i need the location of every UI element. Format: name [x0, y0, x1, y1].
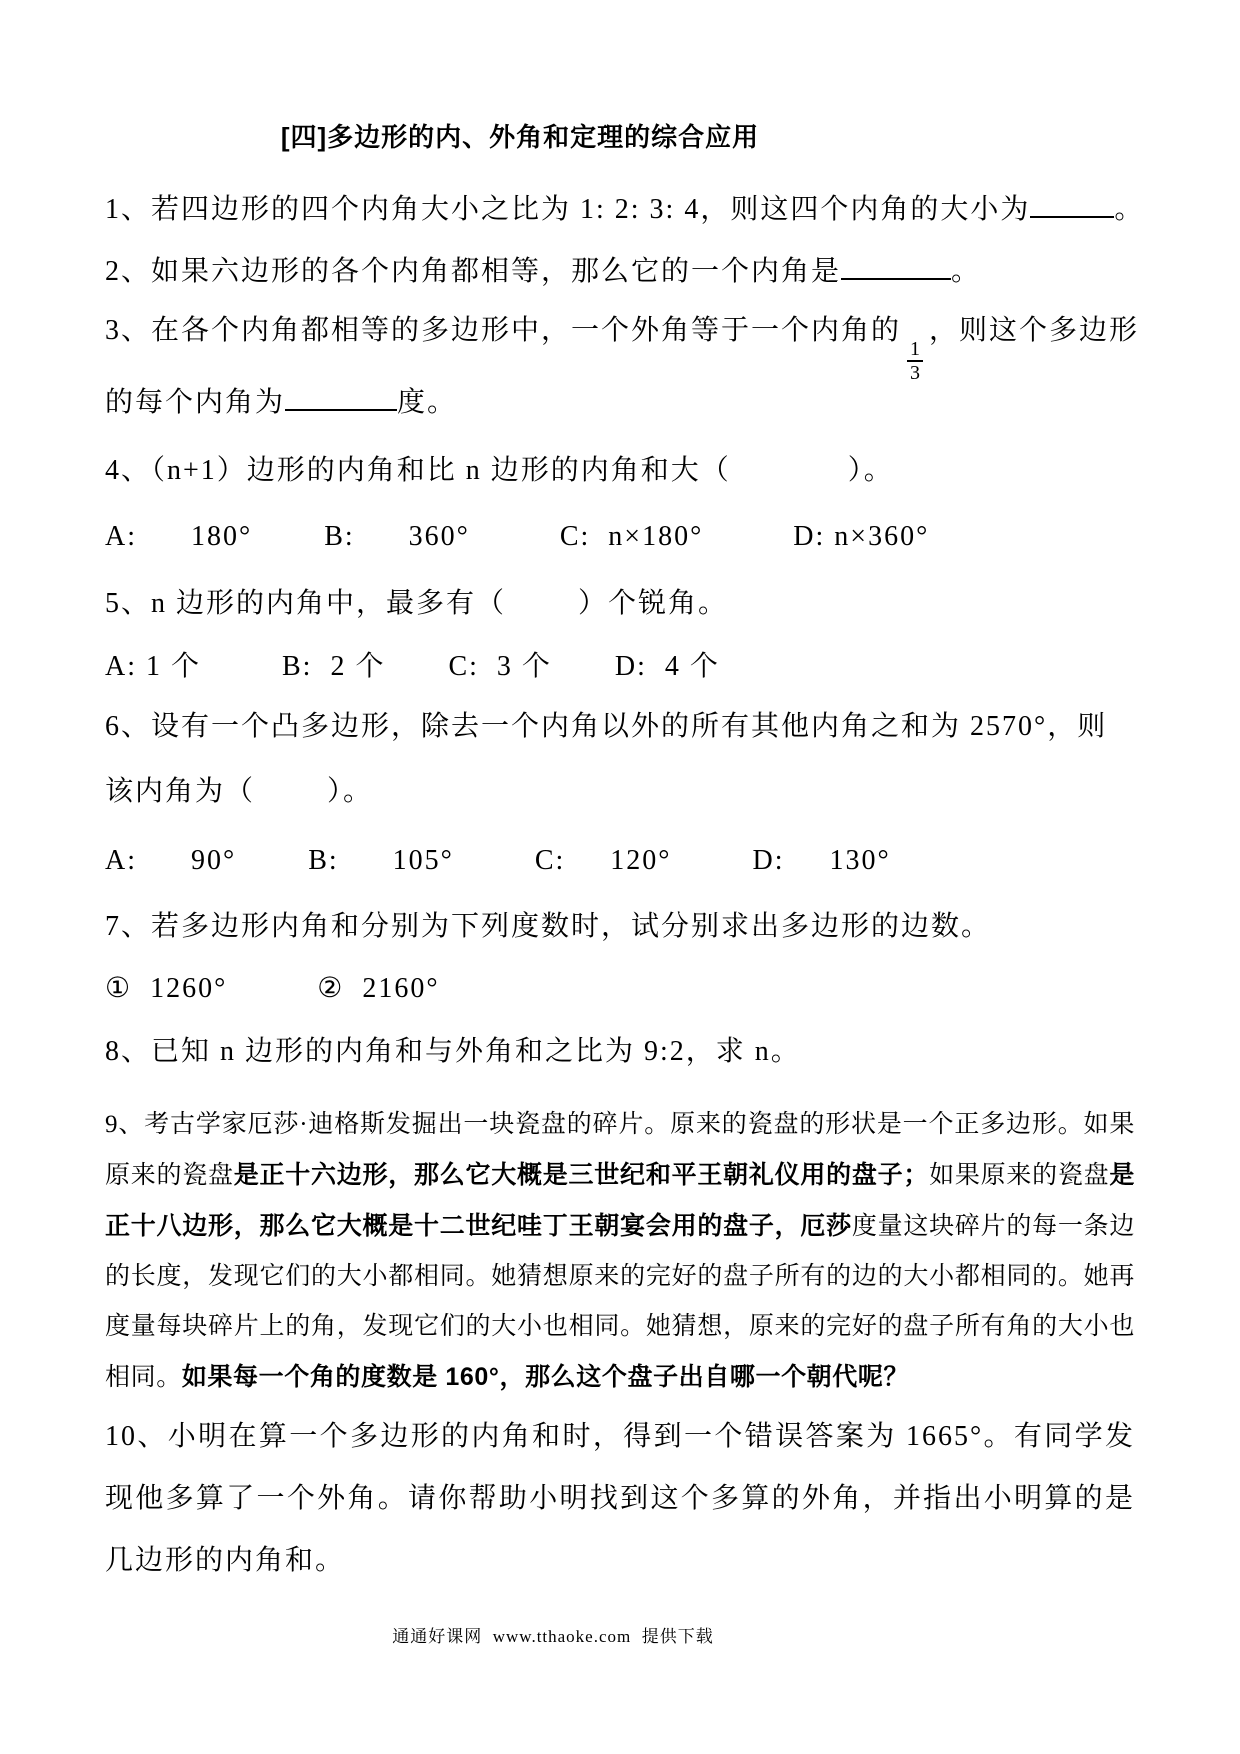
- problem-7: 7、若多边形内角和分别为下列度数时，试分别求出多边形的边数。: [105, 910, 1165, 944]
- problem-3-line-1: 3、在各个内角都相等的多边形中，一个外角等于一个内角的13，则这个多边形: [105, 314, 1165, 384]
- bold-text-segment: 是正十六边形，那么它大概是三世纪和平王朝礼仪用的盘子；: [234, 1161, 929, 1189]
- text-segment: 如果原来的瓷盘: [929, 1162, 1109, 1189]
- problem-2-period: 。: [951, 256, 981, 287]
- problem-5-options: A: 1 个 B: 2 个 C: 3 个 D: 4 个: [105, 650, 1165, 684]
- problem-1-period: 。: [1114, 194, 1144, 225]
- worksheet-page: [四]多边形的内、外角和定理的综合应用 1、若四边形的四个内角大小之比为 1: …: [0, 0, 1240, 1754]
- problem-6-line-2: 该内角为（ ）。: [105, 775, 1165, 809]
- page-title: [四]多边形的内、外角和定理的综合应用: [0, 121, 1040, 153]
- bold-text-segment: 如果每一个角的度数是 160°，那么这个盘子出自哪一个朝代呢？: [182, 1363, 909, 1391]
- problem-3-line-2-text: 的每个内角为: [105, 387, 285, 418]
- problem-7-subitems: ① 1260° ② 2160°: [105, 972, 1165, 1006]
- problem-3-line-2-suffix: 度。: [397, 387, 457, 418]
- problem-3-text: 3、在各个内角都相等的多边形中，一个外角等于一个内角的: [105, 315, 901, 346]
- fraction-numerator: 1: [907, 338, 923, 362]
- answer-blank: [841, 254, 951, 280]
- problem-6-line-1: 6、设有一个凸多边形，除去一个内角以外的所有其他内角之和为 2570°，则: [105, 710, 1165, 744]
- footer-download-note: 通通好课网 www.tthaoke.com 提供下载: [0, 1626, 1106, 1648]
- problem-2: 2、如果六边形的各个内角都相等，那么它的一个内角是。: [105, 254, 1165, 289]
- problem-4: 4、（n+1）边形的内角和比 n 边形的内角和大（ ）。: [105, 454, 1165, 488]
- problem-4-options: A: 180° B: 360° C: n×180° D: n×360°: [105, 520, 1165, 554]
- problem-1: 1、若四边形的四个内角大小之比为 1: 2: 3: 4，则这四个内角的大小为。: [105, 192, 1165, 227]
- problem-5: 5、n 边形的内角中，最多有（ ）个锐角。: [105, 587, 1165, 621]
- problem-9: 9、考古学家厄莎·迪格斯发掘出一块瓷盘的碎片。原来的瓷盘的形状是一个正多边形。如…: [105, 1100, 1135, 1403]
- problem-2-text: 2、如果六边形的各个内角都相等，那么它的一个内角是: [105, 256, 841, 287]
- problem-6-options: A: 90° B: 105° C: 120° D: 130°: [105, 844, 1165, 878]
- problem-1-text: 1、若四边形的四个内角大小之比为 1: 2: 3: 4，则这四个内角的大小为: [105, 194, 1030, 225]
- answer-blank: [1030, 192, 1114, 218]
- fraction-one-third: 13: [907, 338, 923, 384]
- problem-3-line-2: 的每个内角为度。: [105, 385, 1165, 420]
- problem-8: 8、已知 n 边形的内角和与外角和之比为 9:2，求 n。: [105, 1035, 1165, 1069]
- problem-3-text-cont: ，则这个多边形: [929, 315, 1139, 346]
- answer-blank: [285, 385, 397, 411]
- fraction-denominator: 3: [907, 362, 923, 384]
- problem-10: 10、小明在算一个多边形的内角和时，得到一个错误答案为 1665°。有同学发现他…: [105, 1406, 1135, 1592]
